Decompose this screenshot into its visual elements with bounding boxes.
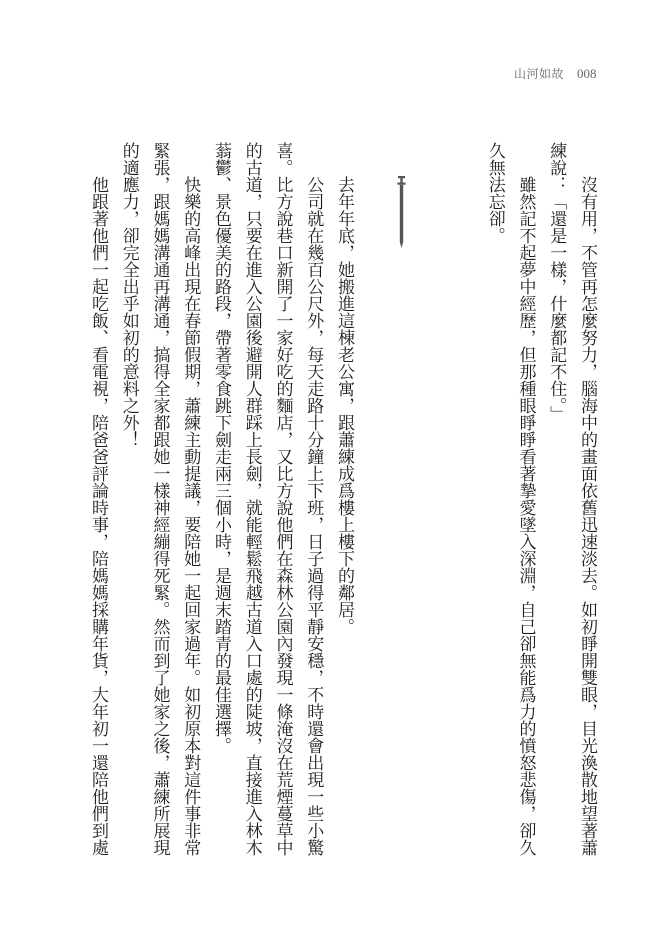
paragraph-line: 他跟著他們一起吃飯、看電視，陪爸爸評論時事，陪媽媽採購年貨，大年初一還陪他們到處 <box>82 142 113 856</box>
paragraph-line: 久無法忘卻。 <box>479 142 510 856</box>
paragraph-line: 雖然記不起夢中經歷，但那種眼睜睜看著摯愛墜入深淵，自己卻無能爲力的憤怒悲傷，卻久 <box>510 142 541 856</box>
paragraph-line: 的適應力，卻完全出乎如初的意料之外！ <box>113 142 144 856</box>
paragraph-line: 緊張，跟媽媽溝通再溝通，搞得全家都跟她一樣神經繃得死緊。然而到了她家之後，蕭練所… <box>144 142 175 856</box>
paragraph-line: 去年年底，她搬進這棟老公寓，跟蕭練成爲樓上樓下的鄰居。 <box>328 142 359 856</box>
section-2-text: 去年年底，她搬進這棟老公寓，跟蕭練成爲樓上樓下的鄰居。 公司就在幾百公尺外，每天… <box>82 142 359 856</box>
paragraph-line: 練說：「還是一樣，什麼都記不住。」 <box>541 142 572 856</box>
paragraph-line: 喜。比方說巷口新開了一家好吃的麵店，又比方說他們在森林公園內發現一條淹沒在荒煙蔓… <box>267 142 298 856</box>
paragraph-line: 的古道，只要在進入公園後避開人群踩上長劍，就能輕鬆飛越古道入口處的陡坡，直接進入… <box>236 142 267 856</box>
section-1-text: 沒有用，不管再怎麼努力，腦海中的畫面依舊迅速淡去。如初睜開雙眼，目光渙散地望著蕭… <box>479 142 602 856</box>
paragraph-line: 公司就在幾百公尺外，每天走路十分鐘上下班，日子過得平靜安穩，不時還會出現一些小驚 <box>298 142 329 856</box>
sword-icon <box>394 174 410 250</box>
paragraph-line: 快樂的高峰出現在春節假期，蕭練主動提議，要陪她一起回家過年。如初原本對這件事非常 <box>175 142 206 856</box>
paragraph-line: 沒有用，不管再怎麼努力，腦海中的畫面依舊迅速淡去。如初睜開雙眼，目光渙散地望著蕭 <box>571 142 602 856</box>
book-title: 山河如故 <box>514 66 564 82</box>
page-number: 008 <box>577 66 597 82</box>
paragraph-line: 蓊鬱、景色優美的路段，帶著零食跳下劍走兩三個小時，是週末踏青的最佳選擇。 <box>205 142 236 856</box>
book-page: 山河如故 008 沒有用，不管再怎麼努力，腦海中的畫面依舊迅速淡去。如初睜開雙眼… <box>0 0 663 932</box>
